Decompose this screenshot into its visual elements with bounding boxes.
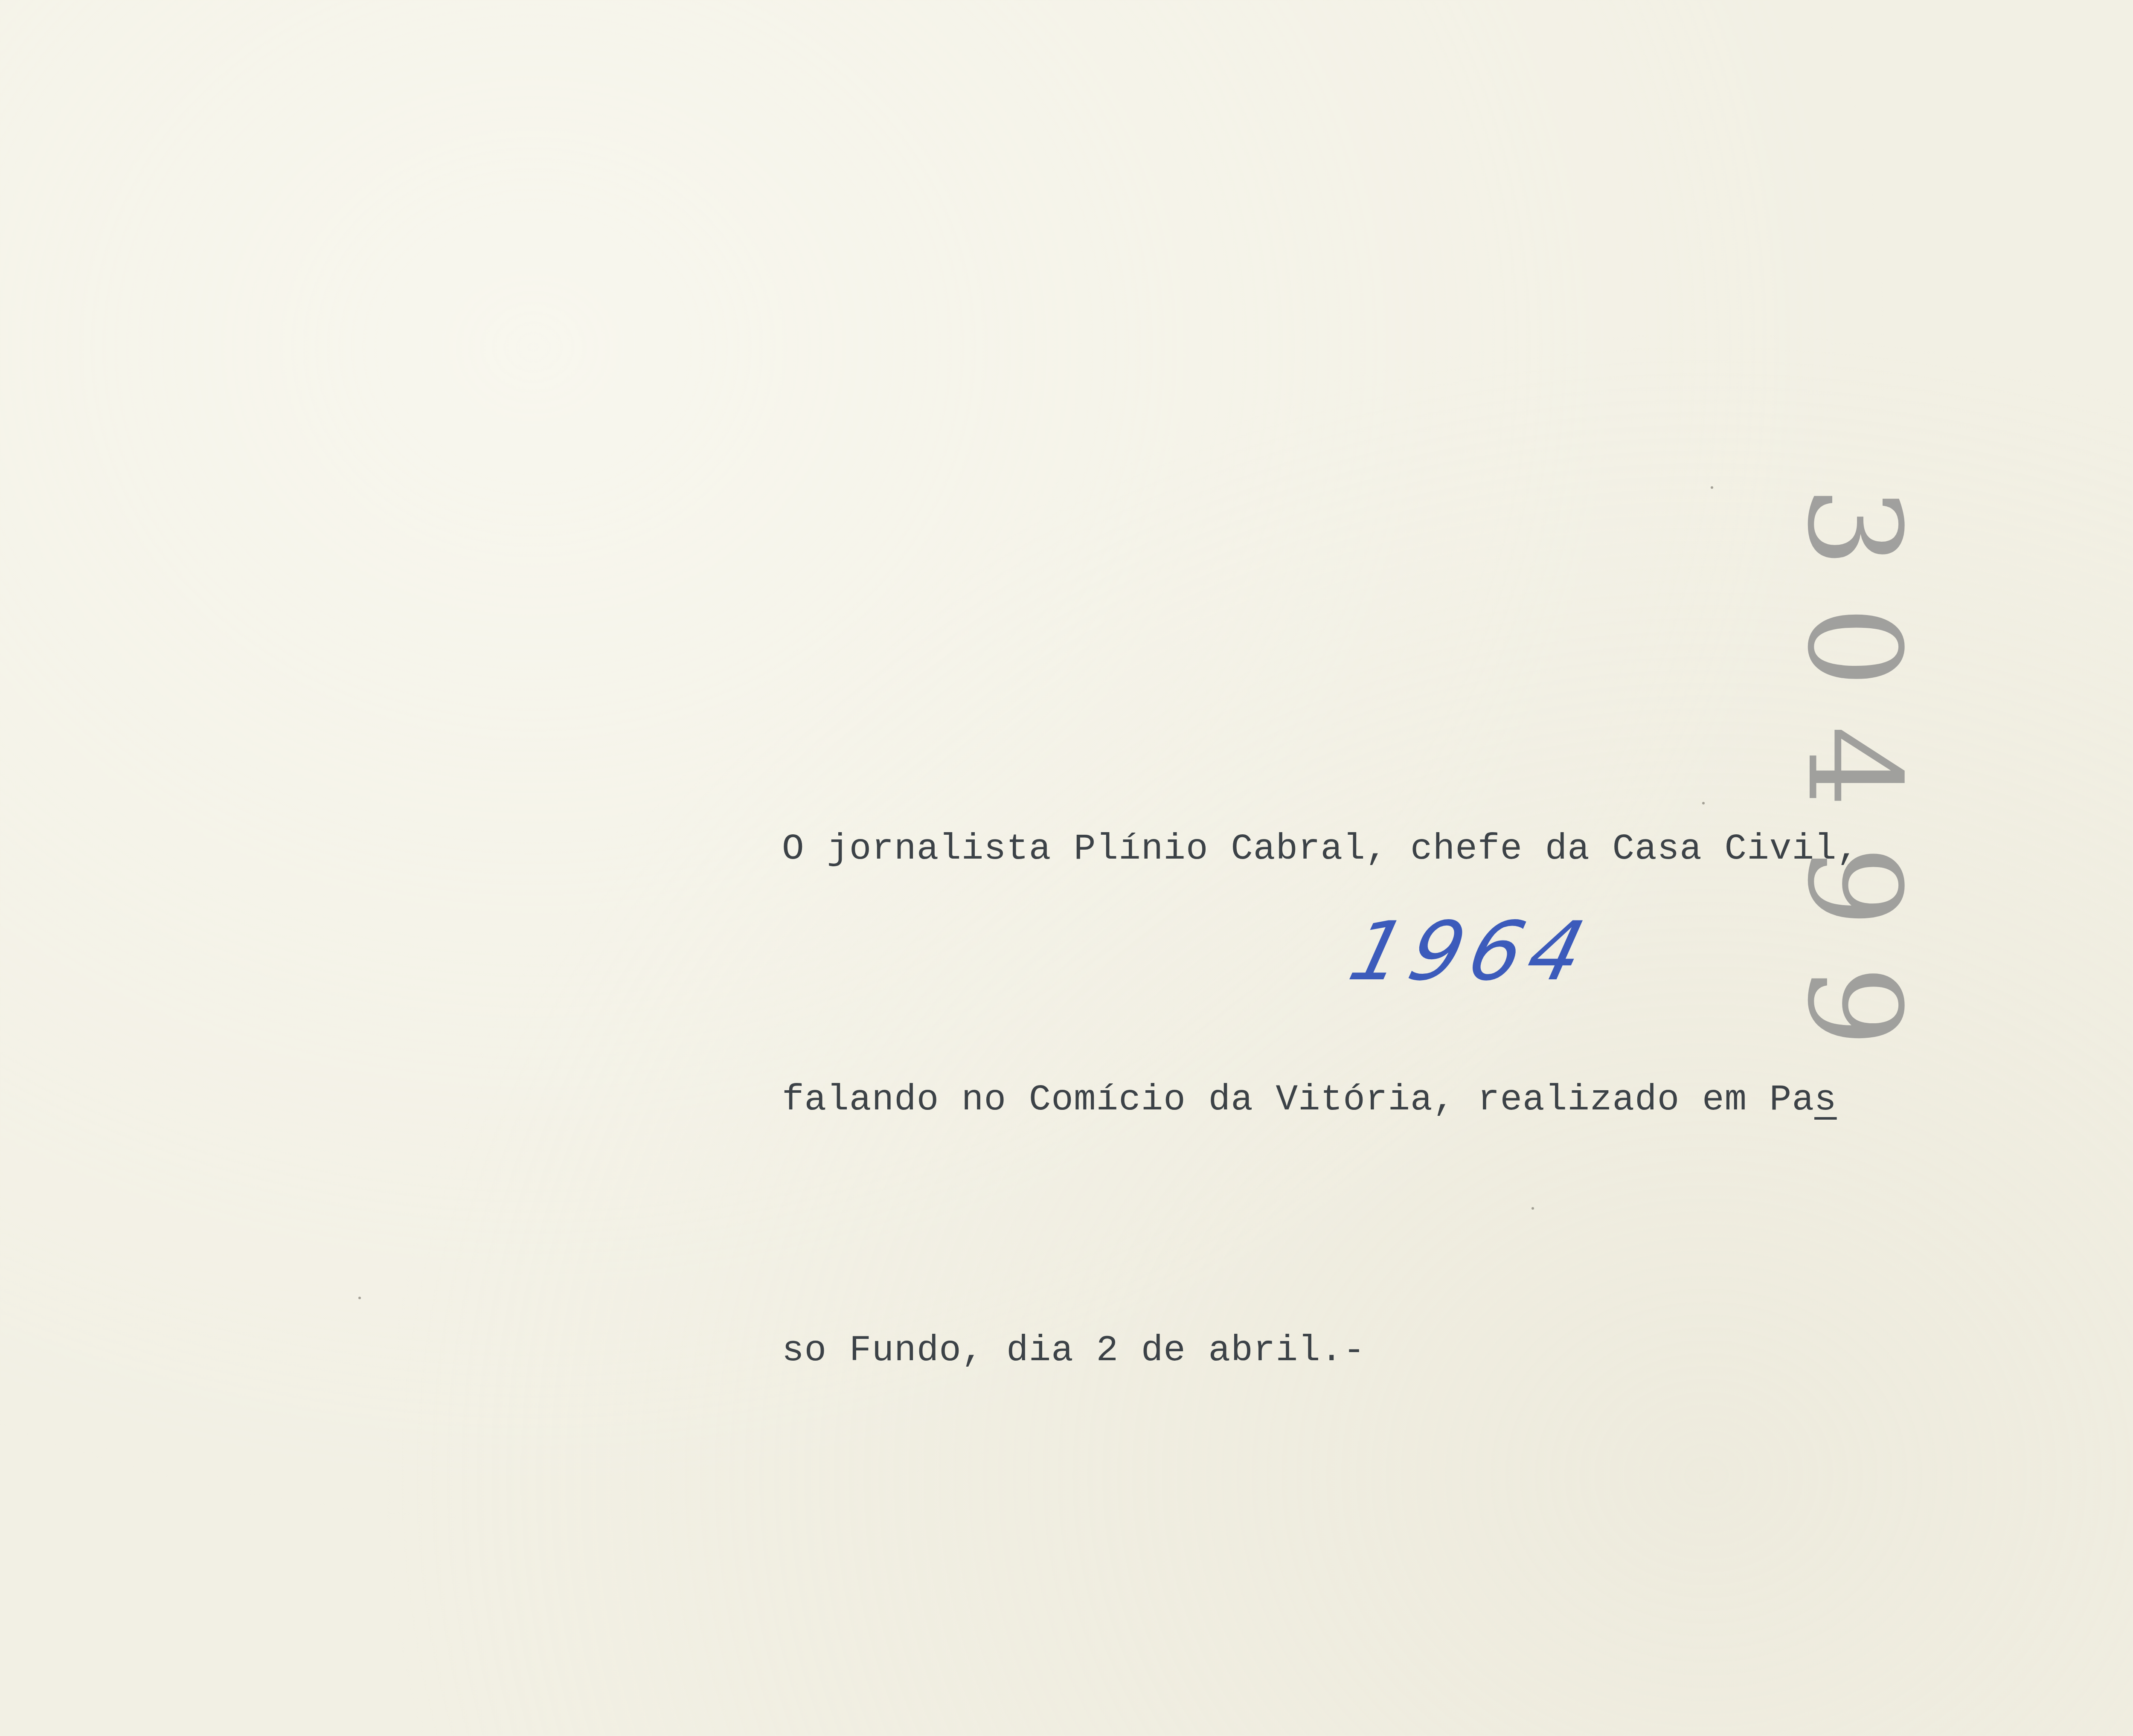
handwritten-year: 1964 (1340, 904, 1601, 999)
paper-speck (1531, 1207, 1534, 1210)
paper-speck (1702, 802, 1705, 804)
caption-line-3: so Fundo, dia 2 de abril.- (782, 1309, 1859, 1392)
caption-line-2: falando no Comício da Vitória, realizado… (782, 1058, 1859, 1141)
caption-line-2-text: falando no Comício da Vitória, realizado… (782, 1079, 1814, 1121)
typed-caption: O jornalista Plínio Cabral, chefe da Cas… (782, 640, 1859, 1476)
caption-line-1: O jornalista Plínio Cabral, chefe da Cas… (782, 807, 1859, 891)
paper-speck (1711, 486, 1713, 489)
paper-speck (358, 1297, 361, 1299)
pencil-archive-number: 30499 (1779, 486, 1928, 1085)
photo-back-page: { "document": { "type": "photograph vers… (0, 0, 2133, 1736)
